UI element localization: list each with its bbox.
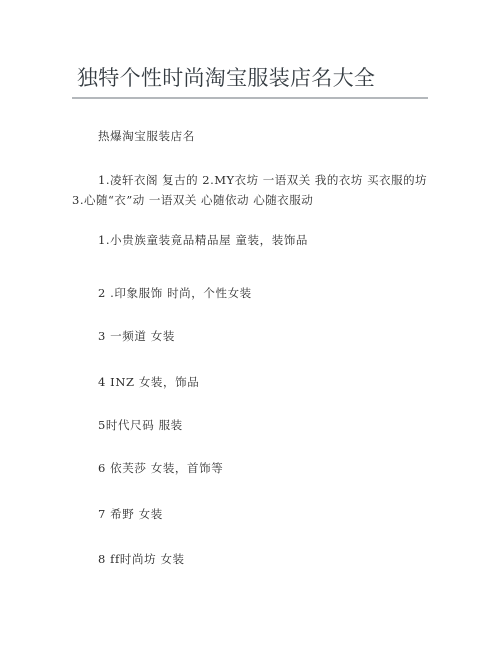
list-item: 6 依芙莎 女装，首饰等	[98, 458, 223, 478]
title-divider	[72, 97, 428, 99]
list-item: 2 .印象服饰 时尚，个性女装	[98, 283, 252, 303]
list-item: 8 ff时尚坊 女装	[98, 549, 185, 569]
document-page: 独特个性时尚淘宝服装店名大全 热爆淘宝服装店名 1.凌轩衣阁 复古的 2.MY衣…	[0, 0, 500, 648]
list-item: 7 希野 女装	[98, 504, 163, 524]
list-item: 3 一频道 女装	[98, 326, 175, 346]
section-heading: 热爆淘宝服装店名	[98, 126, 195, 146]
list-item: 1.小贵族童装竟品精品屋 童装，装饰品	[98, 230, 308, 250]
intro-paragraph: 1.凌轩衣阁 复古的 2.MY衣坊 一语双关 我的衣坊 买衣服的坊 3.心随“衣…	[72, 170, 428, 210]
list-item: 4 INZ 女装，饰品	[98, 372, 199, 392]
document-title: 独特个性时尚淘宝服装店名大全	[77, 64, 375, 92]
list-item: 5时代尺码 服装	[98, 415, 183, 435]
